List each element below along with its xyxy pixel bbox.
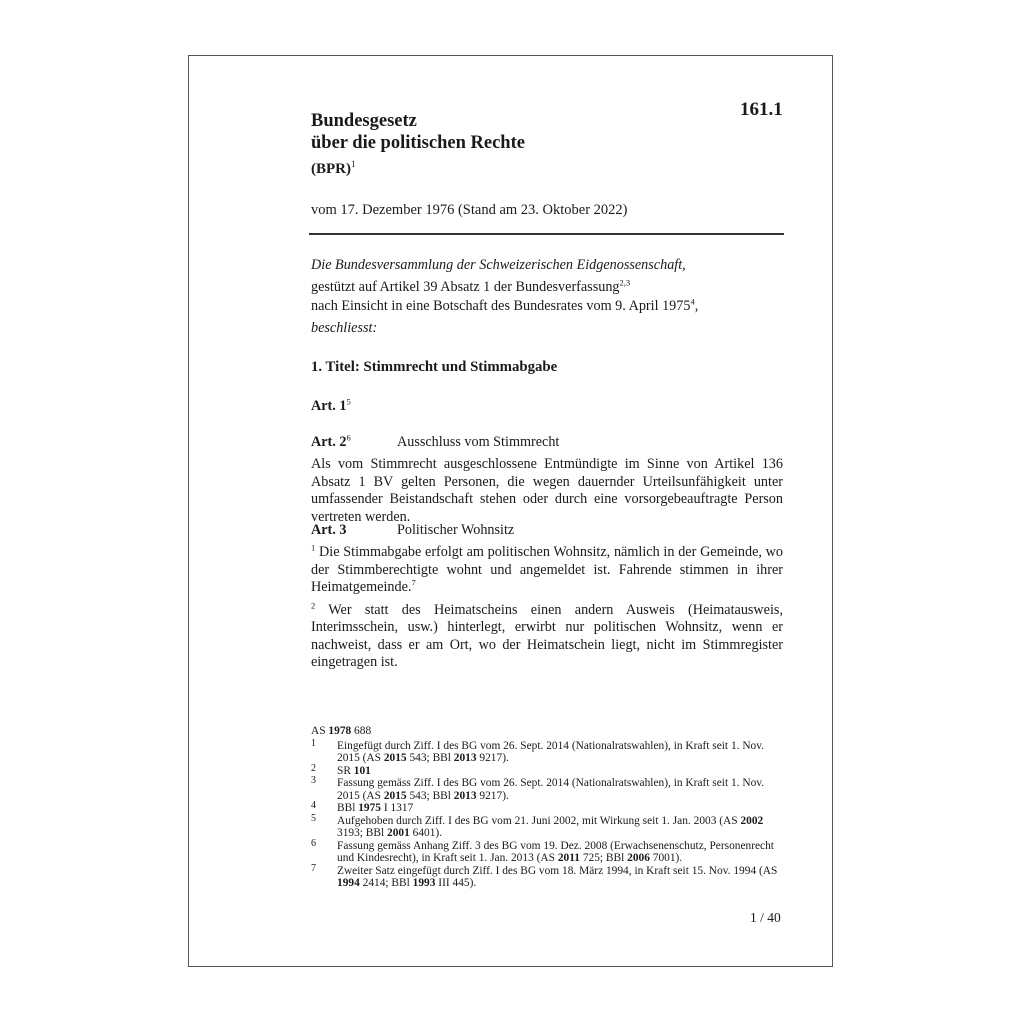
footnote-text: BBl 1975 I 1317 (337, 802, 781, 815)
paragraph-text: Die Stimmabgabe erfolgt am politischen W… (311, 544, 783, 595)
date-line: vom 17. Dezember 1976 (Stand am 23. Okto… (311, 202, 628, 219)
footnote-list: 1Eingefügt durch Ziff. I des BG vom 26. … (311, 740, 781, 890)
paragraph-number: 2 (311, 600, 315, 610)
article-number: Art. 3 (311, 522, 397, 539)
as-page: 688 (351, 725, 371, 737)
footnote-item: 5Aufgehoben durch Ziff. I des BG vom 21.… (311, 815, 781, 840)
footnote-text: Fassung gemäss Ziff. I des BG vom 26. Se… (337, 777, 781, 802)
footnote-number: 5 (311, 813, 337, 838)
article-number: Art. 15 (311, 398, 397, 415)
footnote-item: 7Zweiter Satz eingefügt durch Ziff. I de… (311, 865, 781, 890)
article-3: Art. 3 Politischer Wohnsitz 1 Die Stimma… (311, 522, 783, 672)
footnote-number: 4 (311, 800, 337, 813)
article-header: Art. 3 Politischer Wohnsitz (311, 522, 783, 539)
paragraph-text: Wer statt des Heimatscheins einen andern… (311, 602, 783, 671)
footnote-ref[interactable]: 7 (411, 577, 415, 587)
footnote-item: 4BBl 1975 I 1317 (311, 802, 781, 815)
preamble-message-text: nach Einsicht in eine Botschaft des Bund… (311, 298, 690, 314)
footnote-ref[interactable]: 6 (346, 432, 350, 442)
as-prefix: AS (311, 725, 328, 737)
footnote-number: 7 (311, 863, 337, 888)
footnote-text: Aufgehoben durch Ziff. I des BG vom 21. … (337, 815, 781, 840)
section-title: 1. Titel: Stimmrecht und Stimmabgabe (311, 359, 557, 376)
article-text: Als vom Stimmrecht ausgeschlossene Entmü… (311, 456, 783, 526)
article-heading: Ausschluss vom Stimmrecht (397, 434, 559, 451)
footnote-text: Eingefügt durch Ziff. I des BG vom 26. S… (337, 740, 781, 765)
article-paragraph-2: 2 Wer statt des Heimatscheins einen ande… (311, 602, 783, 672)
footnote-ref[interactable]: 1 (351, 159, 356, 169)
title-line-1: Bundesgesetz (311, 110, 525, 132)
article-1: Art. 15 (311, 398, 783, 415)
title-line-2: über die politischen Rechte (311, 132, 525, 154)
footnotes: AS 1978 688 1Eingefügt durch Ziff. I des… (311, 725, 781, 890)
page-number: 1 / 40 (750, 910, 781, 926)
article-number-text: Art. 1 (311, 398, 346, 414)
article-number-text: Art. 2 (311, 434, 346, 450)
footnote-text: SR 101 (337, 765, 781, 778)
article-number: Art. 26 (311, 434, 397, 451)
article-2: Art. 26 Ausschluss vom Stimmrecht Als vo… (311, 434, 783, 526)
footnote-text: Zweiter Satz eingefügt durch Ziff. I des… (337, 865, 781, 890)
footnote-ref[interactable]: 5 (346, 396, 350, 406)
footnote-item: 6Fassung gemäss Anhang Ziff. 3 des BG vo… (311, 840, 781, 865)
law-abbreviation: (BPR)1 (311, 158, 525, 180)
article-header: Art. 15 (311, 398, 783, 415)
footnote-number: 2 (311, 763, 337, 776)
footnote-ref[interactable]: 2,3 (620, 277, 631, 287)
as-year: 1978 (328, 725, 351, 737)
preamble-basis-text: gestützt auf Artikel 39 Absatz 1 der Bun… (311, 279, 620, 295)
law-title: Bundesgesetz über die politischen Rechte… (311, 110, 525, 180)
footnote-number: 3 (311, 775, 337, 800)
preamble-basis: gestützt auf Artikel 39 Absatz 1 der Bun… (311, 278, 781, 297)
footnote-number: 1 (311, 738, 337, 763)
header-divider (309, 233, 784, 235)
footnote-number: 6 (311, 838, 337, 863)
sr-number: 161.1 (740, 99, 783, 121)
preamble-resolves: beschliesst: (311, 319, 781, 338)
article-header: Art. 26 Ausschluss vom Stimmrecht (311, 434, 783, 451)
official-collection-ref: AS 1978 688 (311, 725, 781, 738)
footnote-item: 1Eingefügt durch Ziff. I des BG vom 26. … (311, 740, 781, 765)
article-heading: Politischer Wohnsitz (397, 522, 514, 539)
article-paragraph-1: 1 Die Stimmabgabe erfolgt am politischen… (311, 544, 783, 597)
paragraph-number: 1 (311, 542, 315, 552)
footnote-item: 3Fassung gemäss Ziff. I des BG vom 26. S… (311, 777, 781, 802)
preamble-enacting-body: Die Bundesversammlung der Schweizerische… (311, 256, 781, 275)
preamble: Die Bundesversammlung der Schweizerische… (311, 256, 781, 338)
preamble-message: nach Einsicht in eine Botschaft des Bund… (311, 297, 781, 316)
footnote-text: Fassung gemäss Anhang Ziff. 3 des BG vom… (337, 840, 781, 865)
abbreviation-text: (BPR) (311, 161, 351, 177)
punctuation: , (695, 298, 699, 314)
footnote-item: 2SR 101 (311, 765, 781, 778)
